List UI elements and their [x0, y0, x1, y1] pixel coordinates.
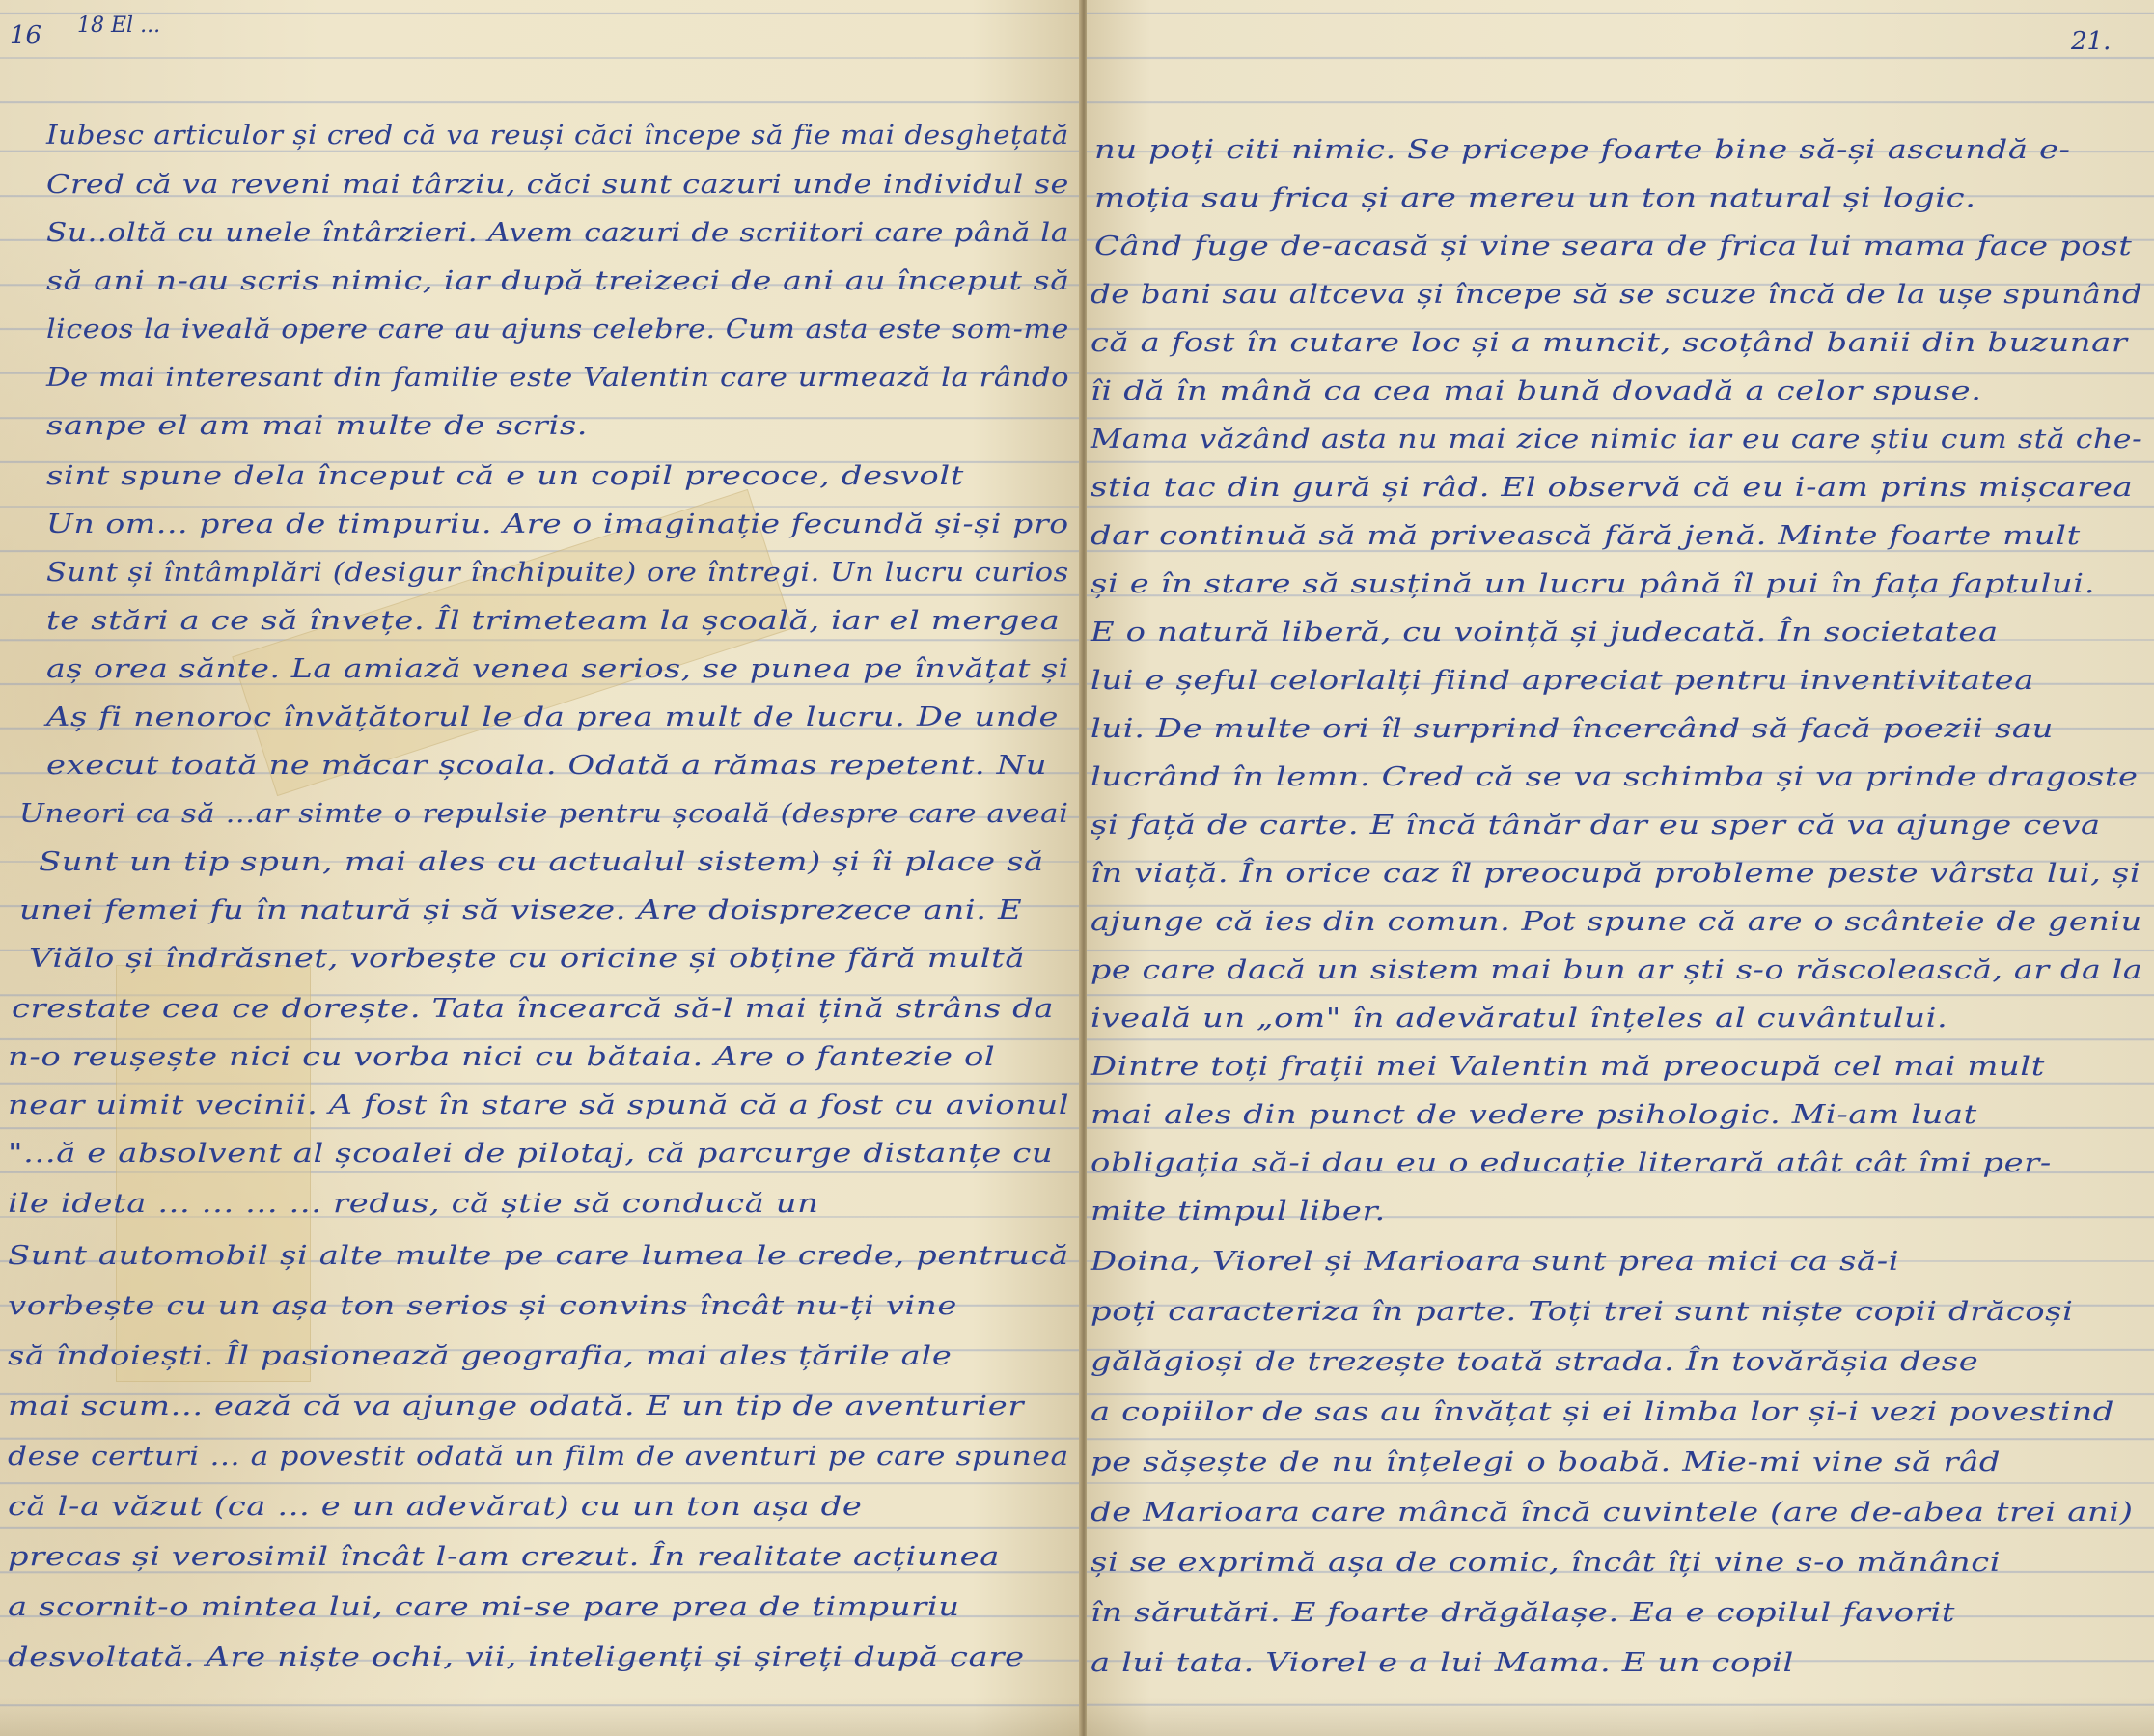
text-line: Aș fi nenoroc învățătorul le da prea mul… — [46, 703, 1059, 732]
text-line: că a fost în cutare loc și a muncit, sco… — [1091, 328, 2128, 358]
text-line: te stări a ce să învețe. Îl trimeteam la… — [46, 606, 1060, 636]
text-line: Iubesc articulor și cred că va reuși căc… — [46, 121, 1069, 151]
text-line: și e în stare să susțină un lucru până î… — [1091, 569, 2095, 599]
text-line: desvoltată. Are niște ochi, vii, intelig… — [8, 1642, 1025, 1672]
text-line: De mai interesant din familie este Valen… — [46, 363, 1069, 393]
text-line: să îndoiești. Îl pasionează geografia, m… — [8, 1341, 952, 1371]
text-line: Sunt un tip spun, mai ales cu actualul s… — [39, 847, 1044, 877]
text-line: liceos la iveală opere care au ajuns cel… — [46, 315, 1069, 344]
text-line: a copiilor de sas au învățat și ei limba… — [1091, 1397, 2114, 1427]
text-line: execut toată ne măcar școala. Odată a ră… — [46, 751, 1047, 781]
text-line: Uneori ca să ...ar simte o repulsie pent… — [19, 799, 1069, 829]
text-line: de Marioara care mâncă încă cuvintele (a… — [1091, 1498, 2134, 1528]
text-line: iveală un „om" în adevăratul înțeles al … — [1091, 1004, 1947, 1033]
text-line: Dintre toți frații mei Valentin mă preoc… — [1091, 1052, 2045, 1082]
page-shadow — [0, 1697, 1081, 1736]
text-line: mite timpul liber. — [1091, 1197, 1386, 1226]
text-line: gălăgioși de trezește toată strada. În t… — [1091, 1347, 1978, 1377]
text-line: vorbește cu un așa ton serios și convins… — [8, 1291, 957, 1321]
text-line: Su..oltă cu unele întârzieri. Avem cazur… — [46, 218, 1069, 248]
text-line: îi dă în mână ca cea mai bună dovadă a c… — [1091, 376, 1982, 406]
text-line: Un om... prea de timpuriu. Are o imagina… — [46, 510, 1069, 539]
header-note: 18 El ... — [77, 14, 160, 38]
text-line: aș orea sănte. La amiază venea serios, s… — [46, 654, 1069, 684]
text-line: să ani n-au scris nimic, iar după treize… — [46, 266, 1070, 296]
text-line: dar continuă să mă privească fără jenă. … — [1091, 521, 2081, 551]
text-line: stia tac din gură și râd. El observă că … — [1091, 473, 2133, 503]
text-line: lui. De multe ori îl surprind încercând … — [1091, 714, 2054, 744]
text-line: și se exprimă așa de comic, încât îți vi… — [1091, 1548, 2001, 1578]
page-shadow — [1087, 1697, 2154, 1736]
text-line: "...ă e absolvent al școalei de pilotaj,… — [8, 1139, 1053, 1169]
right-page: 21. nu poți citi nimic. Se pricepe foart… — [1087, 0, 2154, 1736]
text-line: obligația să-i dau eu o educație literar… — [1091, 1148, 2052, 1178]
right-page-number: 21. — [2071, 27, 2111, 56]
text-line: mai scum... ează că va ajunge odată. E u… — [8, 1392, 1024, 1421]
text-line: în sărutări. E foarte drăgălașe. Ea e co… — [1091, 1598, 1955, 1628]
left-page: 16 18 El ... Iubesc articulor și cred că… — [0, 0, 1081, 1736]
text-line: lucrând în lemn. Cred că se va schimba ș… — [1091, 762, 2139, 792]
text-line: de bani sau altceva și începe să se scuz… — [1091, 280, 2142, 310]
text-line: unei femei fu în natură și să viseze. Ar… — [19, 896, 1022, 925]
text-line: dese certuri ... a povestit odată un fil… — [8, 1442, 1069, 1472]
text-line: Doina, Viorel și Marioara sunt prea mici… — [1091, 1247, 1899, 1277]
text-line: lui e șeful celorlalți fiind apreciat pe… — [1091, 666, 2034, 696]
text-line: sint spune dela început că e un copil pr… — [46, 461, 964, 491]
text-line: pe care dacă un sistem mai bun ar ști s-… — [1091, 955, 2142, 985]
text-line: a lui tata. Viorel e a lui Mama. E un co… — [1091, 1648, 1794, 1678]
left-page-number: 16 — [10, 21, 41, 50]
text-line: n-o reușește nici cu vorba nici cu bătai… — [8, 1042, 995, 1072]
text-line: a scornit-o mintea lui, care mi-se pare … — [8, 1592, 960, 1622]
text-line: precas și verosimil încât l-am crezut. Î… — [8, 1542, 1000, 1572]
text-line: Cred că va reveni mai târziu, căci sunt … — [46, 170, 1069, 200]
text-line: Sunt și întâmplări (desigur închipuite) … — [46, 558, 1069, 588]
text-line: crestate cea ce dorește. Tata încearcă s… — [12, 994, 1054, 1024]
text-line: ajunge că ies din comun. Pot spune că ar… — [1091, 907, 2142, 937]
text-line: că l-a văzut (ca ... e un adevărat) cu u… — [8, 1492, 862, 1522]
text-line: Mama văzând asta nu mai zice nimic iar e… — [1091, 425, 2142, 455]
text-line: și față de carte. E încă tânăr dar eu sp… — [1091, 811, 2101, 840]
text-line: Viălo și îndrăsnet, vorbește cu oricine … — [29, 944, 1025, 974]
text-line: mai ales din punct de vedere psihologic.… — [1091, 1100, 1977, 1130]
text-line: poți caracteriza în parte. Toți trei sun… — [1091, 1297, 2074, 1327]
text-line: Sunt automobil și alte multe pe care lum… — [8, 1241, 1069, 1271]
text-line: E o natură liberă, cu voință și judecată… — [1091, 618, 1999, 648]
notebook-spread: 16 18 El ... Iubesc articulor și cred că… — [0, 0, 2154, 1736]
text-line: pe sășește de nu înțelegi o boabă. Mie-m… — [1091, 1447, 2001, 1477]
text-line: sanpe el am mai multe de scris. — [46, 411, 588, 441]
text-line: ile ideta ... ... ... ... redus, că știe… — [8, 1189, 819, 1219]
text-line: moția sau frica și are mereu un ton natu… — [1094, 183, 1976, 213]
text-line: nu poți citi nimic. Se pricepe foarte bi… — [1094, 135, 2071, 165]
text-line: near uimit vecinii. A fost în stare să s… — [8, 1090, 1069, 1120]
text-line: în viață. În orice caz îl preocupă probl… — [1091, 859, 2140, 889]
text-line: Când fuge de-acasă și vine seara de fric… — [1094, 232, 2132, 262]
